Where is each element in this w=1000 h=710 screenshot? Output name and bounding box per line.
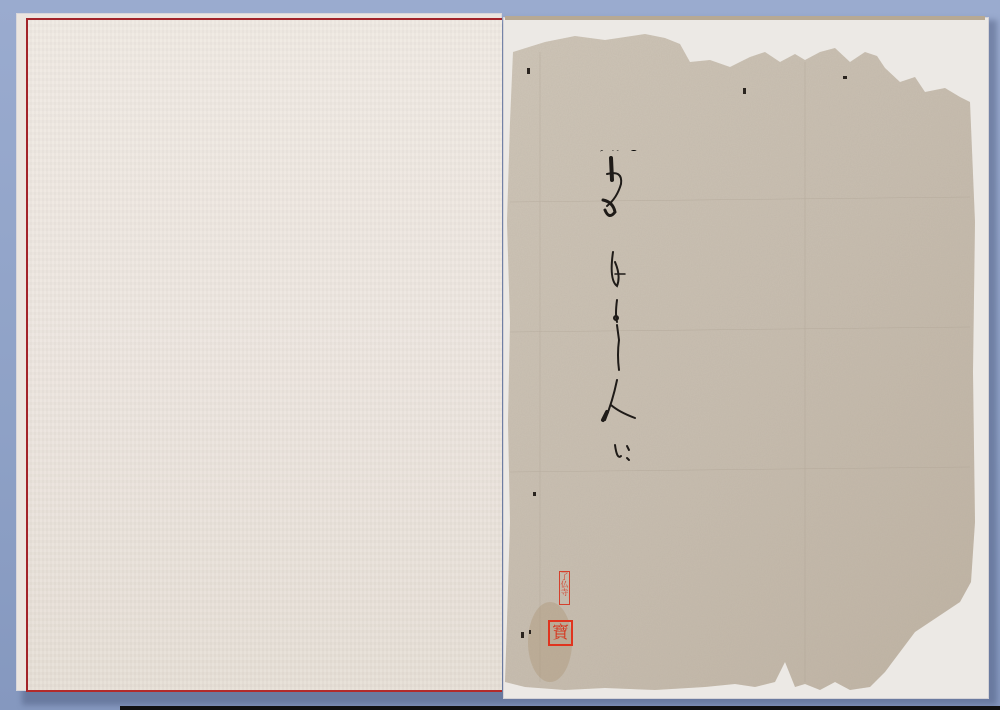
manuscript-fragment [505,22,977,692]
paper-texture [28,20,502,690]
rectangular-seal-text: 了仏寺 [560,572,569,596]
calligraphy-text: ゆかひのーへに [595,150,645,154]
left-mount-page [16,13,502,691]
rectangular-seal: 了仏寺 [559,571,570,605]
left-page-paper [26,18,502,692]
bottom-dark-strip [120,706,1000,710]
calligraphy-ink-column: ゆかひのーへに [595,150,645,470]
page-top-edge [505,16,985,20]
square-seal: 寶 [548,620,573,646]
square-seal-text: 寶 [552,625,569,642]
